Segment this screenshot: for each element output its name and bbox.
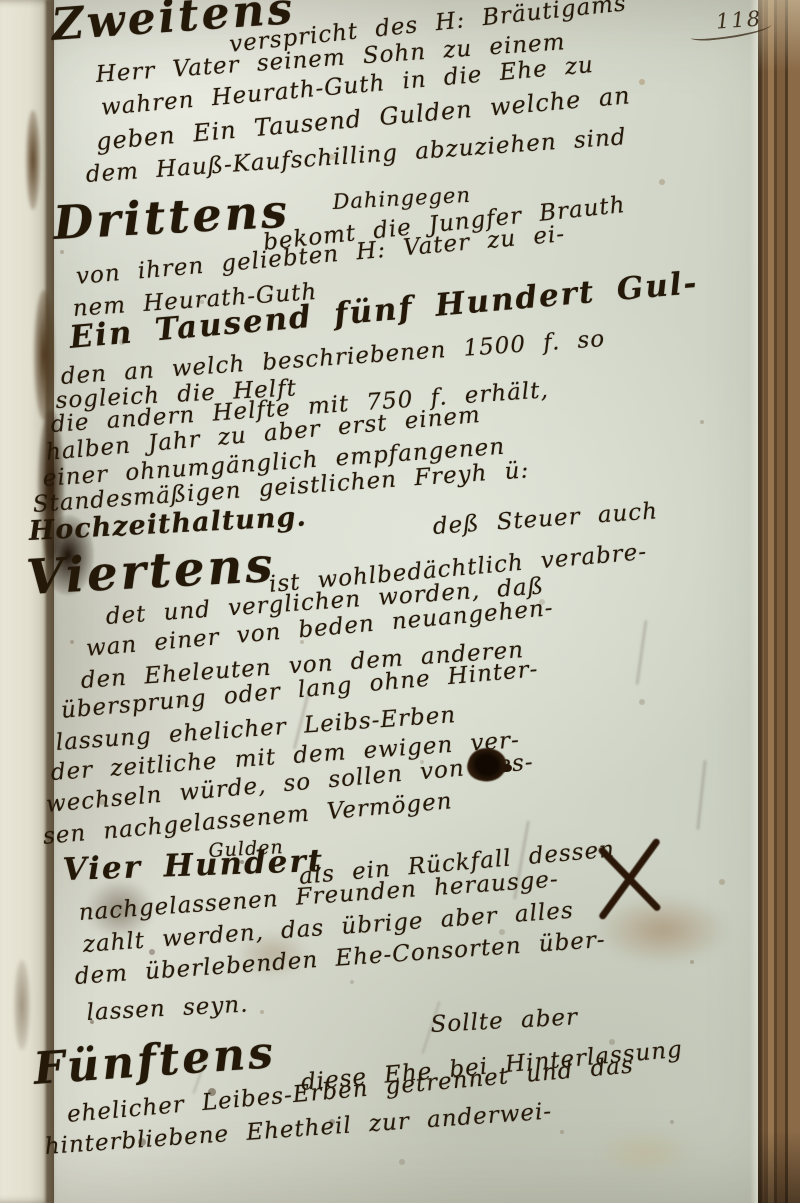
stain [595, 1130, 695, 1175]
section-heading-drittens: Drittens [52, 184, 291, 250]
manuscript-line: deß Steuer auch [432, 498, 659, 540]
manuscript-line: lassen seyn. [86, 992, 249, 1026]
book-block-edge [758, 0, 800, 1203]
ink-blot-satellite [502, 764, 512, 772]
manuscript-line: Sollte aber [430, 1004, 579, 1038]
manuscript-page: 118 Zweitens verspricht des H: Bräutigam… [0, 0, 800, 1203]
show-through-stroke [635, 620, 647, 685]
manuscript-interlinear-insertion: Gulden [208, 836, 284, 862]
manuscript-line-emphasized: Vier Hundert [62, 843, 325, 888]
page-edge-highlight [750, 0, 758, 1203]
binding-damage-stain [14, 960, 30, 1050]
show-through-stroke [696, 760, 706, 830]
cross-out-mark [588, 836, 672, 920]
binding-damage-stain [34, 290, 54, 420]
binding-damage-stain [26, 110, 40, 210]
section-heading-fuenftens: Fünftens [32, 1027, 277, 1095]
foxing-speckles [0, 0, 4, 4]
